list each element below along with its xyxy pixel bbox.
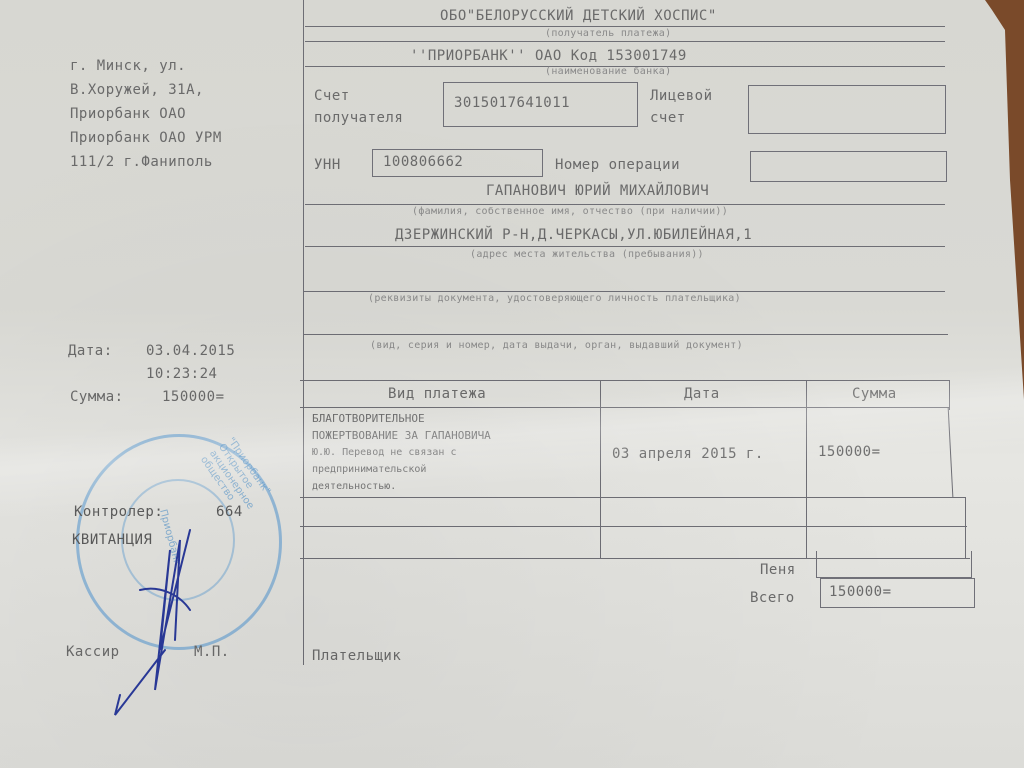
address-line: Приорбанк ОАО УРМ xyxy=(70,130,222,146)
payer-signature-label: Плательщик xyxy=(312,648,401,664)
cashier-label: Кассир xyxy=(66,644,120,660)
divider xyxy=(305,66,945,67)
address-line: г. Минск, ул. xyxy=(70,58,186,74)
table-border xyxy=(300,526,967,527)
date-value: 03.04.2015 xyxy=(146,343,235,359)
stamp-center-text: Приорбанк xyxy=(157,508,183,567)
account-number-value: 3015017641011 xyxy=(454,95,570,111)
date-label: Дата: xyxy=(68,343,113,359)
bank-name: ''ПРИОРБАНК'' ОАО Код 153001749 xyxy=(410,48,687,64)
payment-date-cell: 03 апреля 2015 г. xyxy=(612,446,764,462)
account-label-2: получателя xyxy=(314,110,403,126)
table-header-sum: Сумма xyxy=(852,386,897,402)
payer-address-caption: (адрес места жительства (пребывания)) xyxy=(470,249,704,260)
payment-type-cell: БЛАГОТВОРИТЕЛЬНОЕ ПОЖЕРТВОВАНИЕ ЗА ГАПАН… xyxy=(312,410,597,495)
divider xyxy=(305,246,945,247)
table-border xyxy=(948,407,954,497)
address-line: Приорбанк ОАО xyxy=(70,106,186,122)
payer-name-caption: (фамилия, собственное имя, отчество (при… xyxy=(412,206,728,217)
table-border xyxy=(300,558,970,559)
address-line: В.Хоружей, 31А, xyxy=(70,82,204,98)
bank-stamp: "Приорбанк" Открытое акционерное обществ… xyxy=(76,434,282,650)
divider xyxy=(305,204,945,205)
divider xyxy=(303,291,945,292)
payment-type-note: Ю.Ю. Перевод не связан с предприниматель… xyxy=(312,444,512,495)
penalty-label: Пеня xyxy=(760,562,796,578)
divider xyxy=(305,41,945,42)
payment-type-line1: БЛАГОТВОРИТЕЛЬНОЕ xyxy=(312,410,597,427)
table-border xyxy=(300,380,950,381)
divider xyxy=(303,334,948,335)
unn-value: 100806662 xyxy=(383,154,463,170)
divider xyxy=(305,26,945,27)
address-line: 111/2 г.Фаниполь xyxy=(70,154,213,170)
operation-number-field xyxy=(750,151,947,182)
table-header-type: Вид платежа xyxy=(388,386,486,402)
penalty-field xyxy=(816,551,972,578)
recipient-caption: (получатель платежа) xyxy=(545,28,671,39)
table-border xyxy=(806,380,807,558)
receipt-paper: г. Минск, ул. В.Хоружей, 31А, Приорбанк … xyxy=(0,0,1024,768)
bank-caption: (наименование банка) xyxy=(545,66,671,77)
table-border xyxy=(600,380,601,558)
account-number-field: 3015017641011 xyxy=(443,82,638,127)
recipient-name: ОБО"БЕЛОРУССКИЙ ДЕТСКИЙ ХОСПИС" xyxy=(440,8,717,24)
table-border xyxy=(949,380,950,410)
personal-account-label-2: счет xyxy=(650,110,686,126)
stamp-inner-ring xyxy=(121,479,235,601)
payer-name: ГАПАНОВИЧ ЮРИЙ МИХАЙЛОВИЧ xyxy=(486,183,709,199)
sum-label: Сумма: xyxy=(70,389,124,405)
total-value: 150000= xyxy=(829,584,892,600)
stamp-place-label: М.П. xyxy=(194,644,230,660)
table-border xyxy=(965,497,966,559)
cashier-signature xyxy=(100,520,240,720)
payment-sum-cell: 150000= xyxy=(818,444,881,460)
payer-address: ДЗЕРЖИНСКИЙ Р-Н,Д.ЧЕРКАСЫ,УЛ.ЮБИЛЕЙНАЯ,1 xyxy=(395,227,752,243)
table-border xyxy=(300,497,965,498)
unn-field: 100806662 xyxy=(372,149,543,177)
controller-value: 664 xyxy=(216,504,243,520)
personal-account-label: Лицевой xyxy=(650,88,713,104)
account-label: Счет xyxy=(314,88,350,104)
table-border xyxy=(300,407,950,408)
operation-number-label: Номер операции xyxy=(555,157,680,173)
unn-label: УНН xyxy=(314,157,341,173)
total-field: 150000= xyxy=(820,578,975,608)
id-document-caption: (реквизиты документа, удостоверяющего ли… xyxy=(368,293,741,304)
stamp-text: "Приорбанк" Открытое акционерное обществ… xyxy=(198,436,280,527)
document-type: КВИТАНЦИЯ xyxy=(72,532,152,548)
time-value: 10:23:24 xyxy=(146,366,217,382)
table-header-date: Дата xyxy=(684,386,720,402)
stub-separator xyxy=(303,0,304,665)
sum-value: 150000= xyxy=(162,389,225,405)
controller-label: Контролер: xyxy=(74,504,163,520)
total-label: Всего xyxy=(750,590,795,606)
payment-type-line2: ПОЖЕРТВОВАНИЕ ЗА ГАПАНОВИЧА xyxy=(312,427,597,444)
id-document-details-caption: (вид, серия и номер, дата выдачи, орган,… xyxy=(370,340,743,351)
personal-account-field xyxy=(748,85,946,134)
